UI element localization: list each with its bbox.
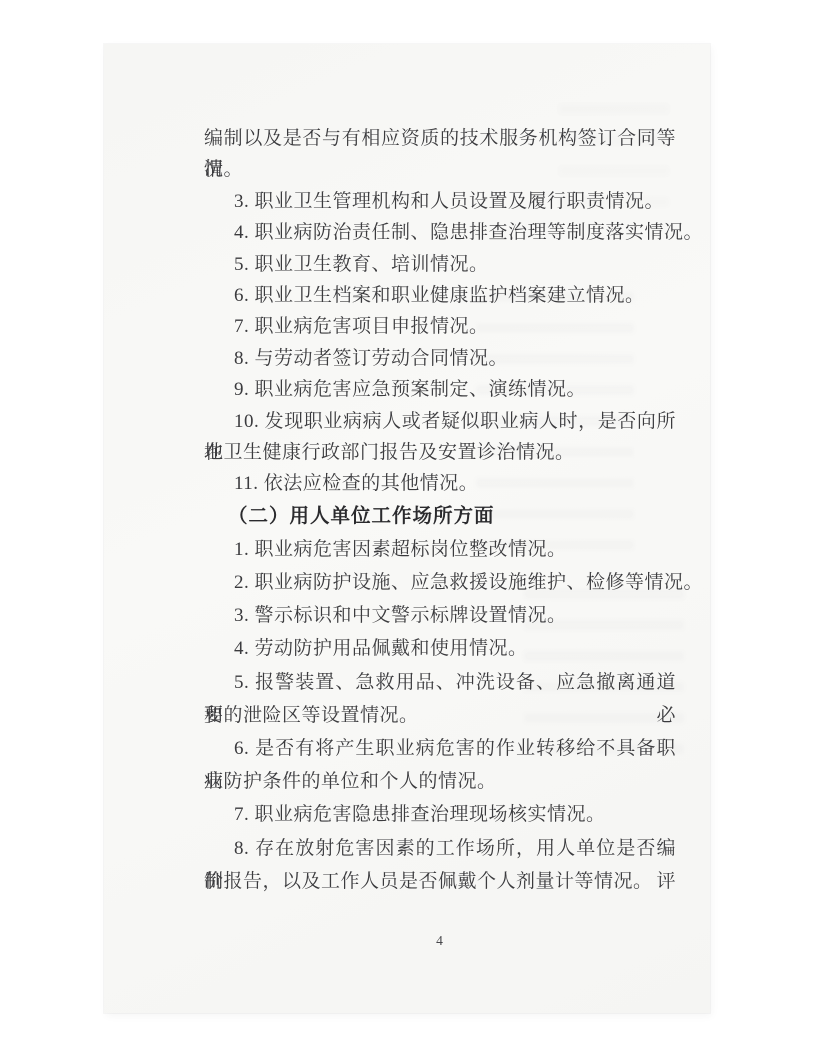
scanned-page: 编制以及是否与有相应资质的技术服务机构签订合同等情 况。 3. 职业卫生管理机构… [104, 44, 710, 1013]
text-line: 病防护条件的单位和个人的情况。 [204, 765, 676, 798]
text-line: 7. 职业病危害隐患排查治理现场核实情况。 [204, 798, 676, 831]
text-line: 8. 存在放射危害因素的工作场所，用人单位是否编制评 [204, 832, 676, 865]
section-continuation-list: 编制以及是否与有相应资质的技术服务机构签订合同等情 况。 3. 职业卫生管理机构… [204, 123, 676, 500]
text-line: 8. 与劳动者签订劳动合同情况。 [204, 343, 676, 374]
page-number: 4 [204, 933, 676, 953]
page-body-text: 编制以及是否与有相应资质的技术服务机构签订合同等情 况。 3. 职业卫生管理机构… [204, 123, 676, 898]
text-line: 6. 职业卫生档案和职业健康监护档案建立情况。 [204, 280, 676, 311]
text-line: 5. 职业卫生教育、培训情况。 [204, 249, 676, 280]
text-line: 10. 发现职业病病人或者疑似职业病人时，是否向所在 [204, 406, 676, 437]
text-line: 9. 职业病危害应急预案制定、演练情况。 [204, 374, 676, 405]
text-line: 4. 职业病防治责任制、隐患排查治理等制度落实情况。 [204, 217, 676, 248]
text-line: 价报告，以及工作人员是否佩戴个人剂量计等情况。 [204, 865, 676, 898]
text-line: 5. 报警装置、急救用品、冲洗设备、应急撤离通道和必 [204, 666, 676, 699]
text-line: 1. 职业病危害因素超标岗位整改情况。 [204, 533, 676, 566]
section-workplace-list: （二）用人单位工作场所方面 1. 职业病危害因素超标岗位整改情况。 2. 职业病… [204, 500, 676, 898]
text-line: 编制以及是否与有相应资质的技术服务机构签订合同等情 [204, 123, 676, 154]
text-line: 6. 是否有将产生职业病危害的作业转移给不具备职业 [204, 732, 676, 765]
text-line: 11. 依法应检查的其他情况。 [204, 468, 676, 499]
text-line: 况。 [204, 154, 676, 185]
text-line: 3. 职业卫生管理机构和人员设置及履行职责情况。 [204, 186, 676, 217]
text-line: 2. 职业病防护设施、应急救援设施维护、检修等情况。 [204, 566, 676, 599]
text-line: 3. 警示标识和中文警示标牌设置情况。 [204, 599, 676, 632]
text-line: 地卫生健康行政部门报告及安置诊治情况。 [204, 437, 676, 468]
section-heading: （二）用人单位工作场所方面 [204, 500, 676, 533]
text-line: 4. 劳动防护用品佩戴和使用情况。 [204, 632, 676, 665]
scan-background: 编制以及是否与有相应资质的技术服务机构签订合同等情 况。 3. 职业卫生管理机构… [0, 0, 816, 1056]
text-line: 7. 职业病危害项目申报情况。 [204, 311, 676, 342]
